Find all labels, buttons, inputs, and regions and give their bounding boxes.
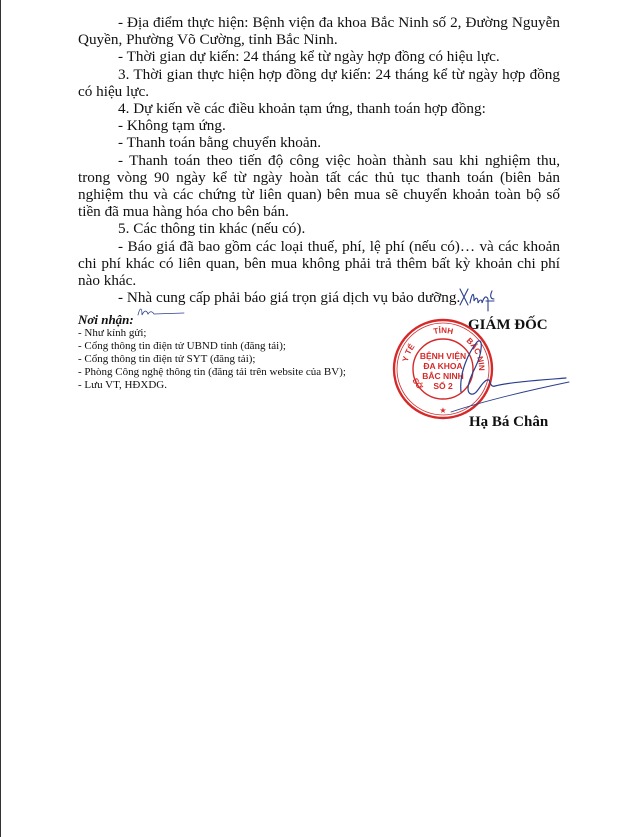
svg-text:BẮC NINH: BẮC NINH [422, 371, 464, 381]
signature-block: GIÁM ĐỐC Y TẾ TỈNH BẮC NINH SỞ BỆNH VIỆN [391, 312, 571, 442]
recipient-item: - Lưu VT, HĐXDG. [78, 379, 398, 392]
svg-text:★: ★ [439, 406, 446, 415]
svg-text:TỈNH: TỈNH [433, 326, 454, 336]
recipient-item: - Cổng thông tin điện tử UBND tỉnh (đăng… [78, 340, 398, 353]
paragraph-expected-time: - Thời gian dự kiến: 24 tháng kể từ ngày… [78, 48, 560, 65]
section-5-other-info: 5. Các thông tin khác (nếu có). [78, 220, 560, 237]
official-stamp-icon: Y TẾ TỈNH BẮC NINH SỞ BỆNH VIỆN ĐA KHOA … [391, 317, 495, 421]
svg-text:SỐ 2: SỐ 2 [433, 380, 453, 391]
paragraph-no-advance: - Không tạm ứng. [78, 117, 560, 134]
director-name: Hạ Bá Chân [469, 414, 548, 431]
paragraph-location: - Địa điểm thực hiện: Bệnh viện đa khoa … [78, 14, 560, 48]
initials-signature-icon [456, 285, 501, 313]
recipient-item: - Cổng thông tin điện tử SYT (đăng tải); [78, 353, 398, 366]
paragraph-payment-schedule: - Thanh toán theo tiến độ công việc hoàn… [78, 152, 560, 221]
section-4-payment-terms: 4. Dự kiến về các điều khoản tạm ứng, th… [78, 100, 560, 117]
recipient-item: - Như kính gửi; [78, 327, 398, 340]
paragraph-quote-includes-taxes: - Báo giá đã bao gồm các loại thuế, phí,… [78, 238, 560, 290]
section-3-contract-duration: 3. Thời gian thực hiện hợp đồng dự kiến:… [78, 66, 560, 100]
recipients-title: Nơi nhận: [78, 312, 398, 327]
svg-text:BỆNH VIỆN: BỆNH VIỆN [420, 350, 466, 361]
document-body: - Địa điểm thực hiện: Bệnh viện đa khoa … [78, 14, 560, 306]
recipients-block: Nơi nhận: - Như kính gửi; - Cổng thông t… [78, 312, 398, 392]
svg-text:ĐA KHOA: ĐA KHOA [423, 361, 462, 371]
recipient-item: - Phòng Công nghệ thông tin (đăng tải tr… [78, 366, 398, 379]
paragraph-bank-transfer: - Thanh toán bằng chuyển khoản. [78, 134, 560, 151]
